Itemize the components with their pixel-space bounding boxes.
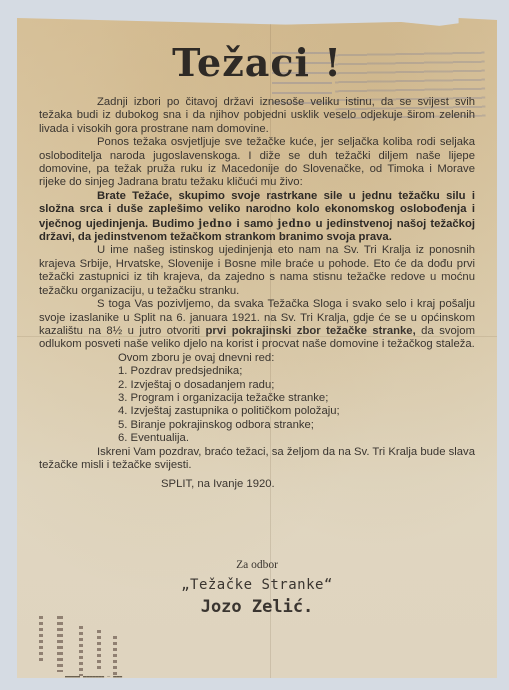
poster-sheet: Težaci ! Zadnji izbori po čitavoj državi… — [17, 18, 497, 678]
agenda-item: 5. Biranje pokrajinskog odbora stranke; — [118, 419, 475, 432]
emphasis-jedno: jedno — [198, 216, 232, 230]
paragraph-invitation: S toga Vas pozivljemo, da svaka Težačka … — [39, 298, 475, 352]
signature-for-committee: Za odbor — [17, 559, 497, 571]
emphasis-jedno: jedno — [277, 216, 311, 230]
printer-imprint: ▬▬▬▬▬ ▬▬▬▬▬▬▬ — ▬▬▬ — [65, 674, 122, 680]
agenda-item: 6. Eventualija. — [118, 432, 475, 445]
handwritten-margin-notes — [27, 616, 127, 676]
assembly-name: prvi pokrajinski zbor težačke stranke, — [206, 325, 416, 337]
paragraph-appeal: Brate Težaće, skupimo svoje rastrkane si… — [39, 190, 475, 245]
poster-title: Težaci ! — [17, 40, 497, 85]
signature-party: „Težačke Stranke“ — [17, 577, 497, 593]
paragraph-unification: U ime našeg istinskog ujedinjenja eto na… — [39, 244, 475, 298]
agenda-intro: Ovom zboru je ovaj dnevni red: — [39, 352, 475, 365]
paragraph-elections: Zadnji izbori po čitavoj državi iznesoše… — [39, 96, 475, 136]
paragraph-pride: Ponos težaka osvjetljuje sve težačke kuć… — [39, 136, 475, 190]
place-and-date: SPLIT, na Ivanje 1920. — [39, 478, 475, 491]
agenda-item: 3. Program i organizacija težačke strank… — [118, 392, 475, 405]
agenda-item: 1. Pozdrav predsjednika; — [118, 365, 475, 378]
agenda-list: 1. Pozdrav predsjednika; 2. Izvještaj o … — [39, 365, 475, 445]
agenda-item: 2. Izvještaj o dosadanjem radu; — [118, 379, 475, 392]
signature-block: Za odbor „Težačke Stranke“ Jozo Zelić. — [17, 559, 497, 617]
poster-body: Zadnji izbori po čitavoj državi iznesoše… — [39, 96, 475, 492]
agenda-item: 4. Izvještaj zastupnika o političkom pol… — [118, 405, 475, 418]
signature-name: Jozo Zelić. — [17, 597, 497, 617]
closing-greeting: Iskreni Vam pozdrav, braćo težaci, sa že… — [39, 446, 475, 473]
